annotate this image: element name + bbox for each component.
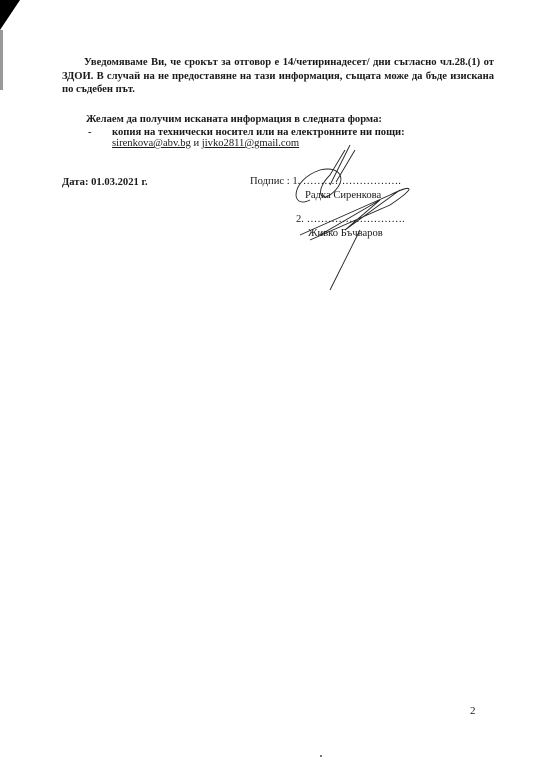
signature-line-2: 2. ………………………. (296, 214, 405, 225)
document-date: Дата: 01.03.2021 г. (62, 176, 148, 190)
notice-paragraph: Уведомяваме Ви, че срокът за отговор е 1… (62, 56, 494, 97)
notice-text: Уведомяваме Ви, че срокът за отговор е 1… (62, 57, 494, 95)
signer-name-2: Живко Бъчваров (308, 228, 383, 239)
email-link-sirenkova[interactable]: sirenkova@abv.bg (112, 138, 191, 149)
scan-speck (320, 755, 322, 757)
email-list: sirenkova@abv.bg и jivko2811@gmail.com (112, 138, 299, 149)
bullet-text: копия на технически носител или на елект… (112, 127, 405, 138)
page-number: 2 (470, 705, 476, 717)
signature-line-1: Подпис : 1. ………………………. (250, 176, 401, 187)
email-link-jivko[interactable]: jivko2811@gmail.com (202, 138, 299, 149)
scan-edge-mark (0, 30, 3, 90)
signer-name-1: Радка Сиренкова (305, 190, 381, 201)
request-form-heading: Желаем да получим исканата информация в … (86, 113, 382, 127)
bullet-dash: - (88, 126, 112, 140)
email-joiner: и (191, 138, 202, 149)
scan-corner-shadow (0, 0, 20, 30)
